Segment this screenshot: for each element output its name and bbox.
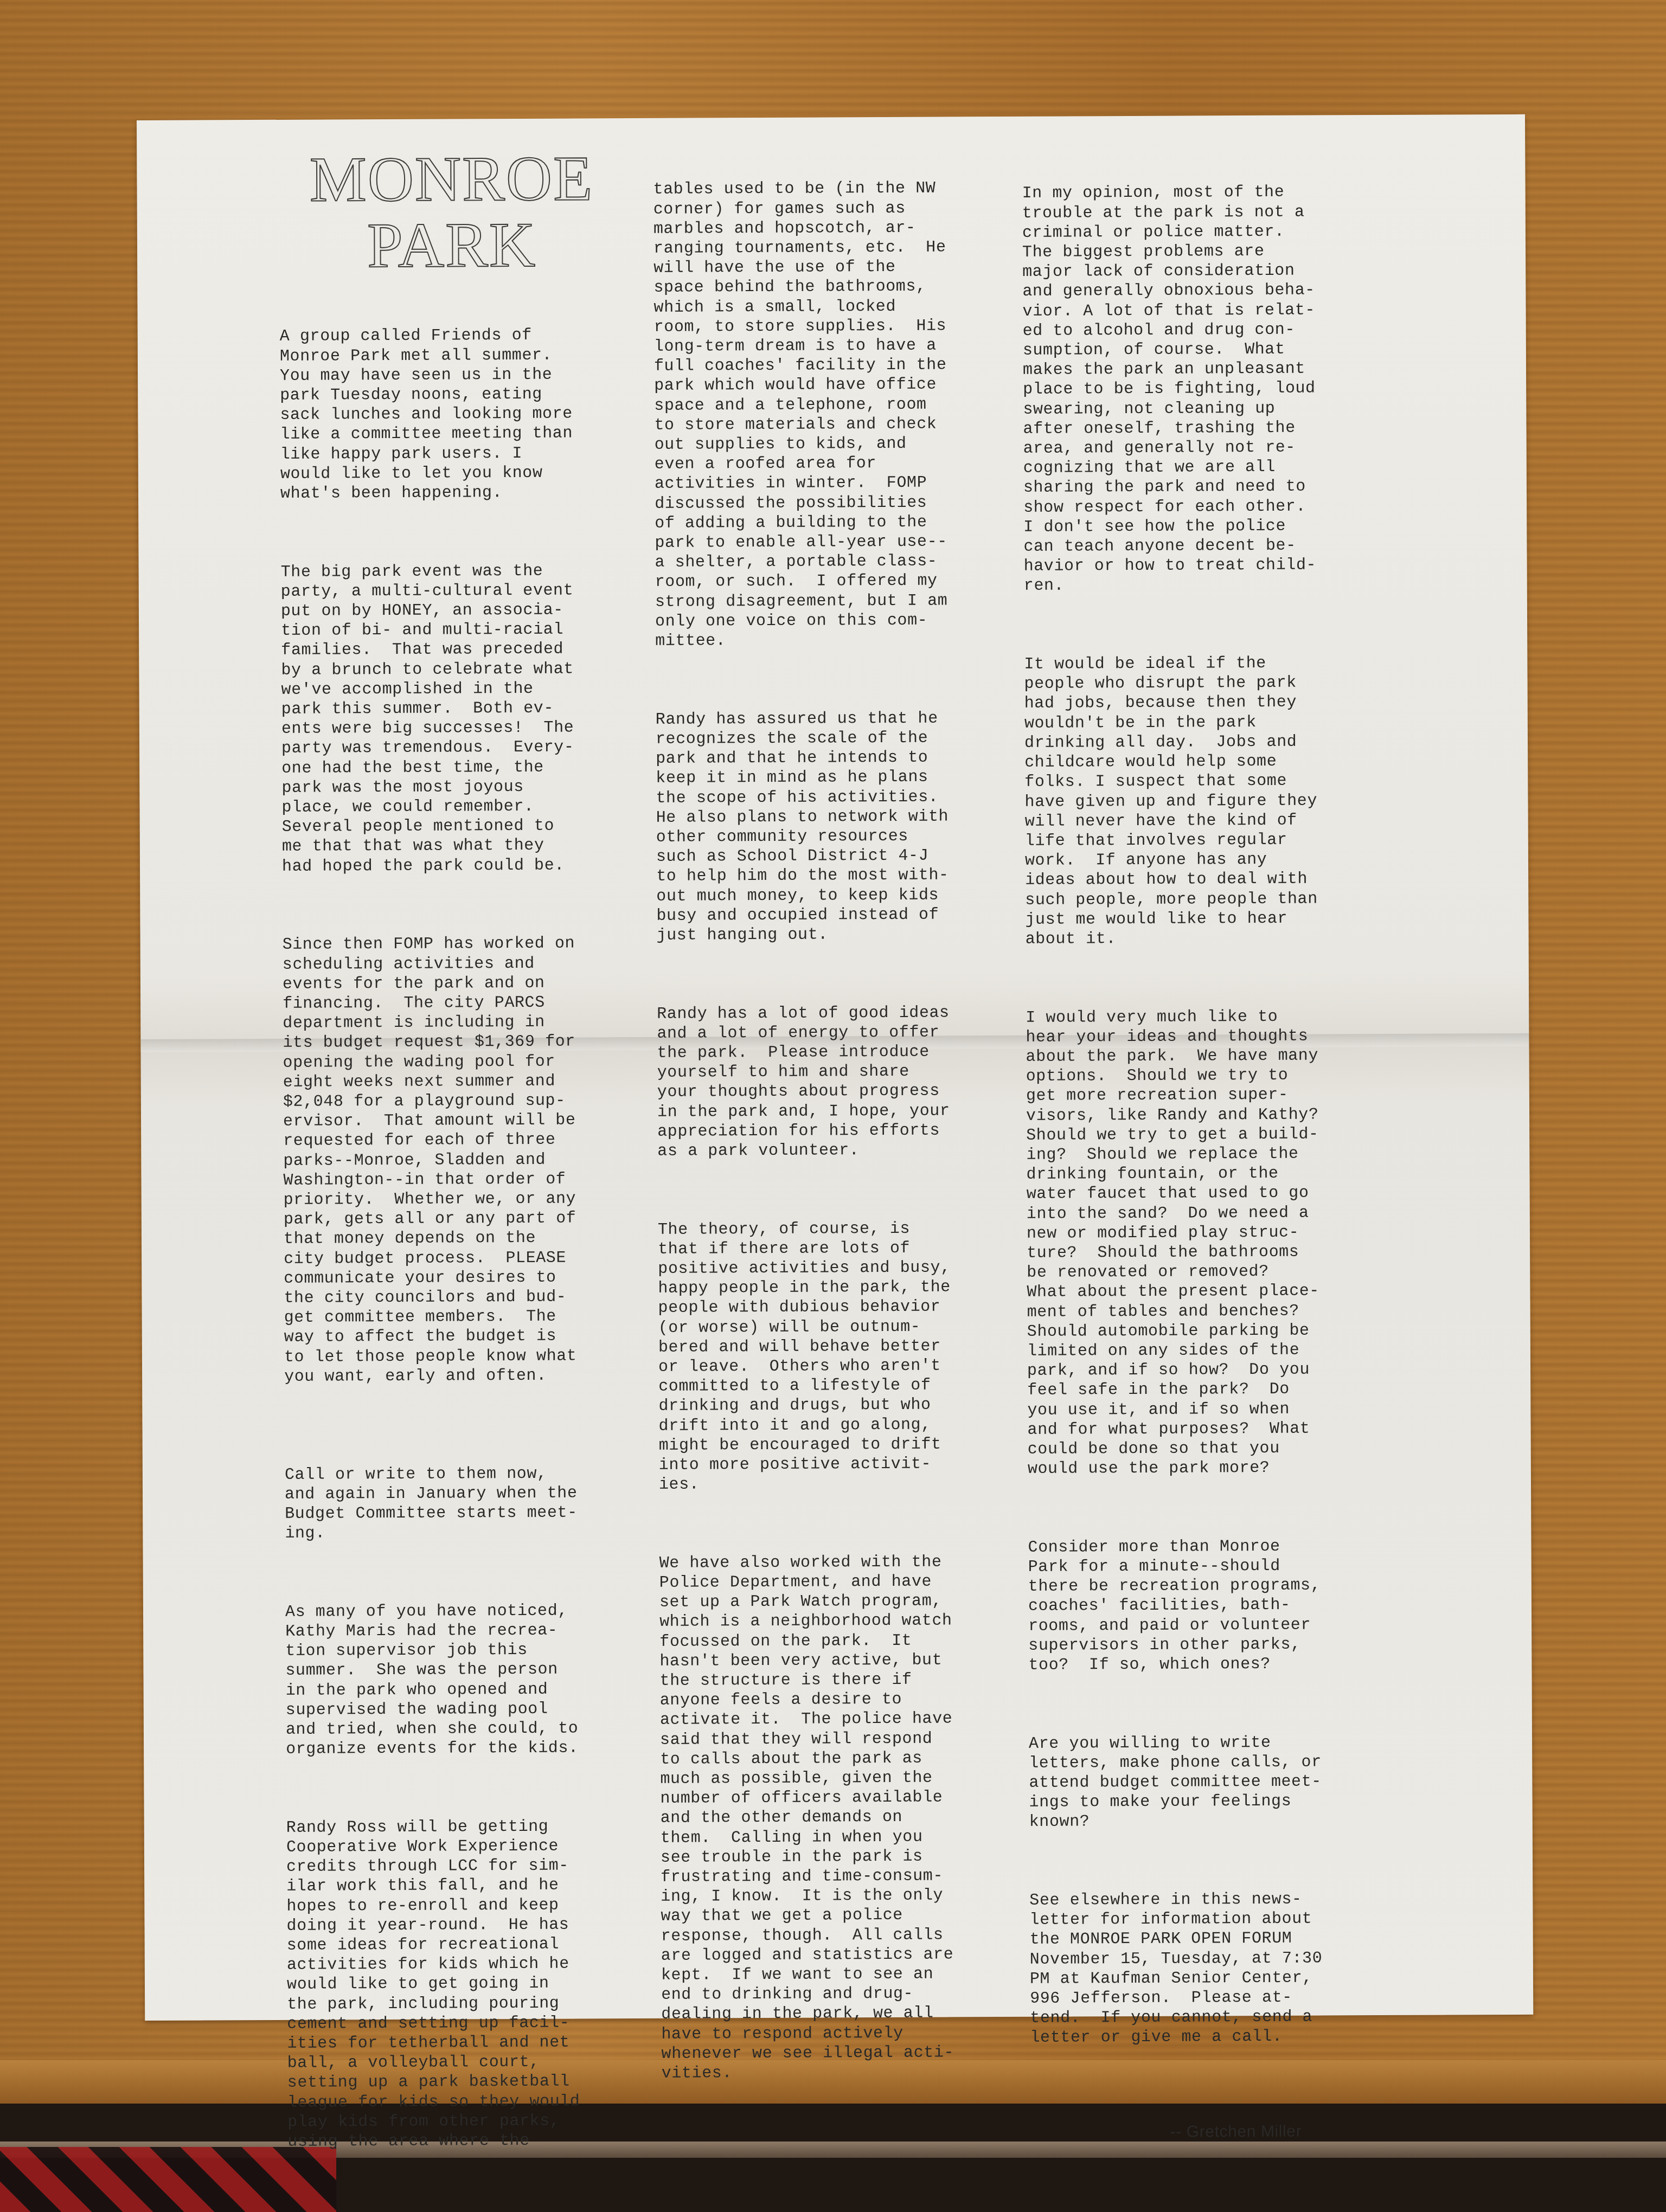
paragraph: It would be ideal if the people who disr… xyxy=(1024,653,1394,949)
newsletter-page: MONROE PARK A group called Friends of Mo… xyxy=(137,114,1533,2021)
masthead-line-2: PARK xyxy=(289,211,615,279)
paragraph: Consider more than Monroe Park for a min… xyxy=(1028,1536,1397,1675)
paragraph: Are you willing to write letters, make p… xyxy=(1029,1733,1398,1832)
masthead-title: MONROE PARK xyxy=(289,145,614,279)
paragraph: A group called Friends of Monroe Park me… xyxy=(280,325,649,504)
article-column-1: A group called Friends of Monroe Park me… xyxy=(279,286,656,2211)
paragraph: The big park event was the party, a mult… xyxy=(281,561,651,877)
article-column-3: In my opinion, most of the trouble at th… xyxy=(1022,143,1399,2182)
paragraph: As many of you have noticed, Kathy Maris… xyxy=(285,1601,655,1760)
paragraph: I would very much like to hear your idea… xyxy=(1026,1006,1396,1479)
paragraph: Randy has a lot of good ideas and a lot … xyxy=(657,1002,1026,1161)
paragraph: Randy has assured us that he recognizes … xyxy=(656,709,1026,946)
article-column-2: tables used to be (in the NW corner) for… xyxy=(653,139,1030,2143)
paragraph: Since then FOMP has worked on scheduling… xyxy=(283,934,653,1387)
paragraph: In my opinion, most of the trouble at th… xyxy=(1022,182,1393,596)
masthead-line-1: MONROE xyxy=(289,145,614,213)
paragraph: tables used to be (in the NW corner) for… xyxy=(653,178,1024,651)
plaid-fabric xyxy=(0,2147,336,2212)
paragraph: Call or write to them now, and again in … xyxy=(285,1444,654,1544)
paragraph: We have also worked with the Police Depa… xyxy=(659,1552,1030,2084)
paragraph: See elsewhere in this news- letter for i… xyxy=(1029,1889,1399,2048)
paragraph: The theory, of course, is that if there … xyxy=(658,1218,1028,1495)
author-signature: -- Gretchen Miller xyxy=(1030,2121,1399,2143)
paragraph: Randy Ross will be getting Cooperative W… xyxy=(286,1817,657,2152)
